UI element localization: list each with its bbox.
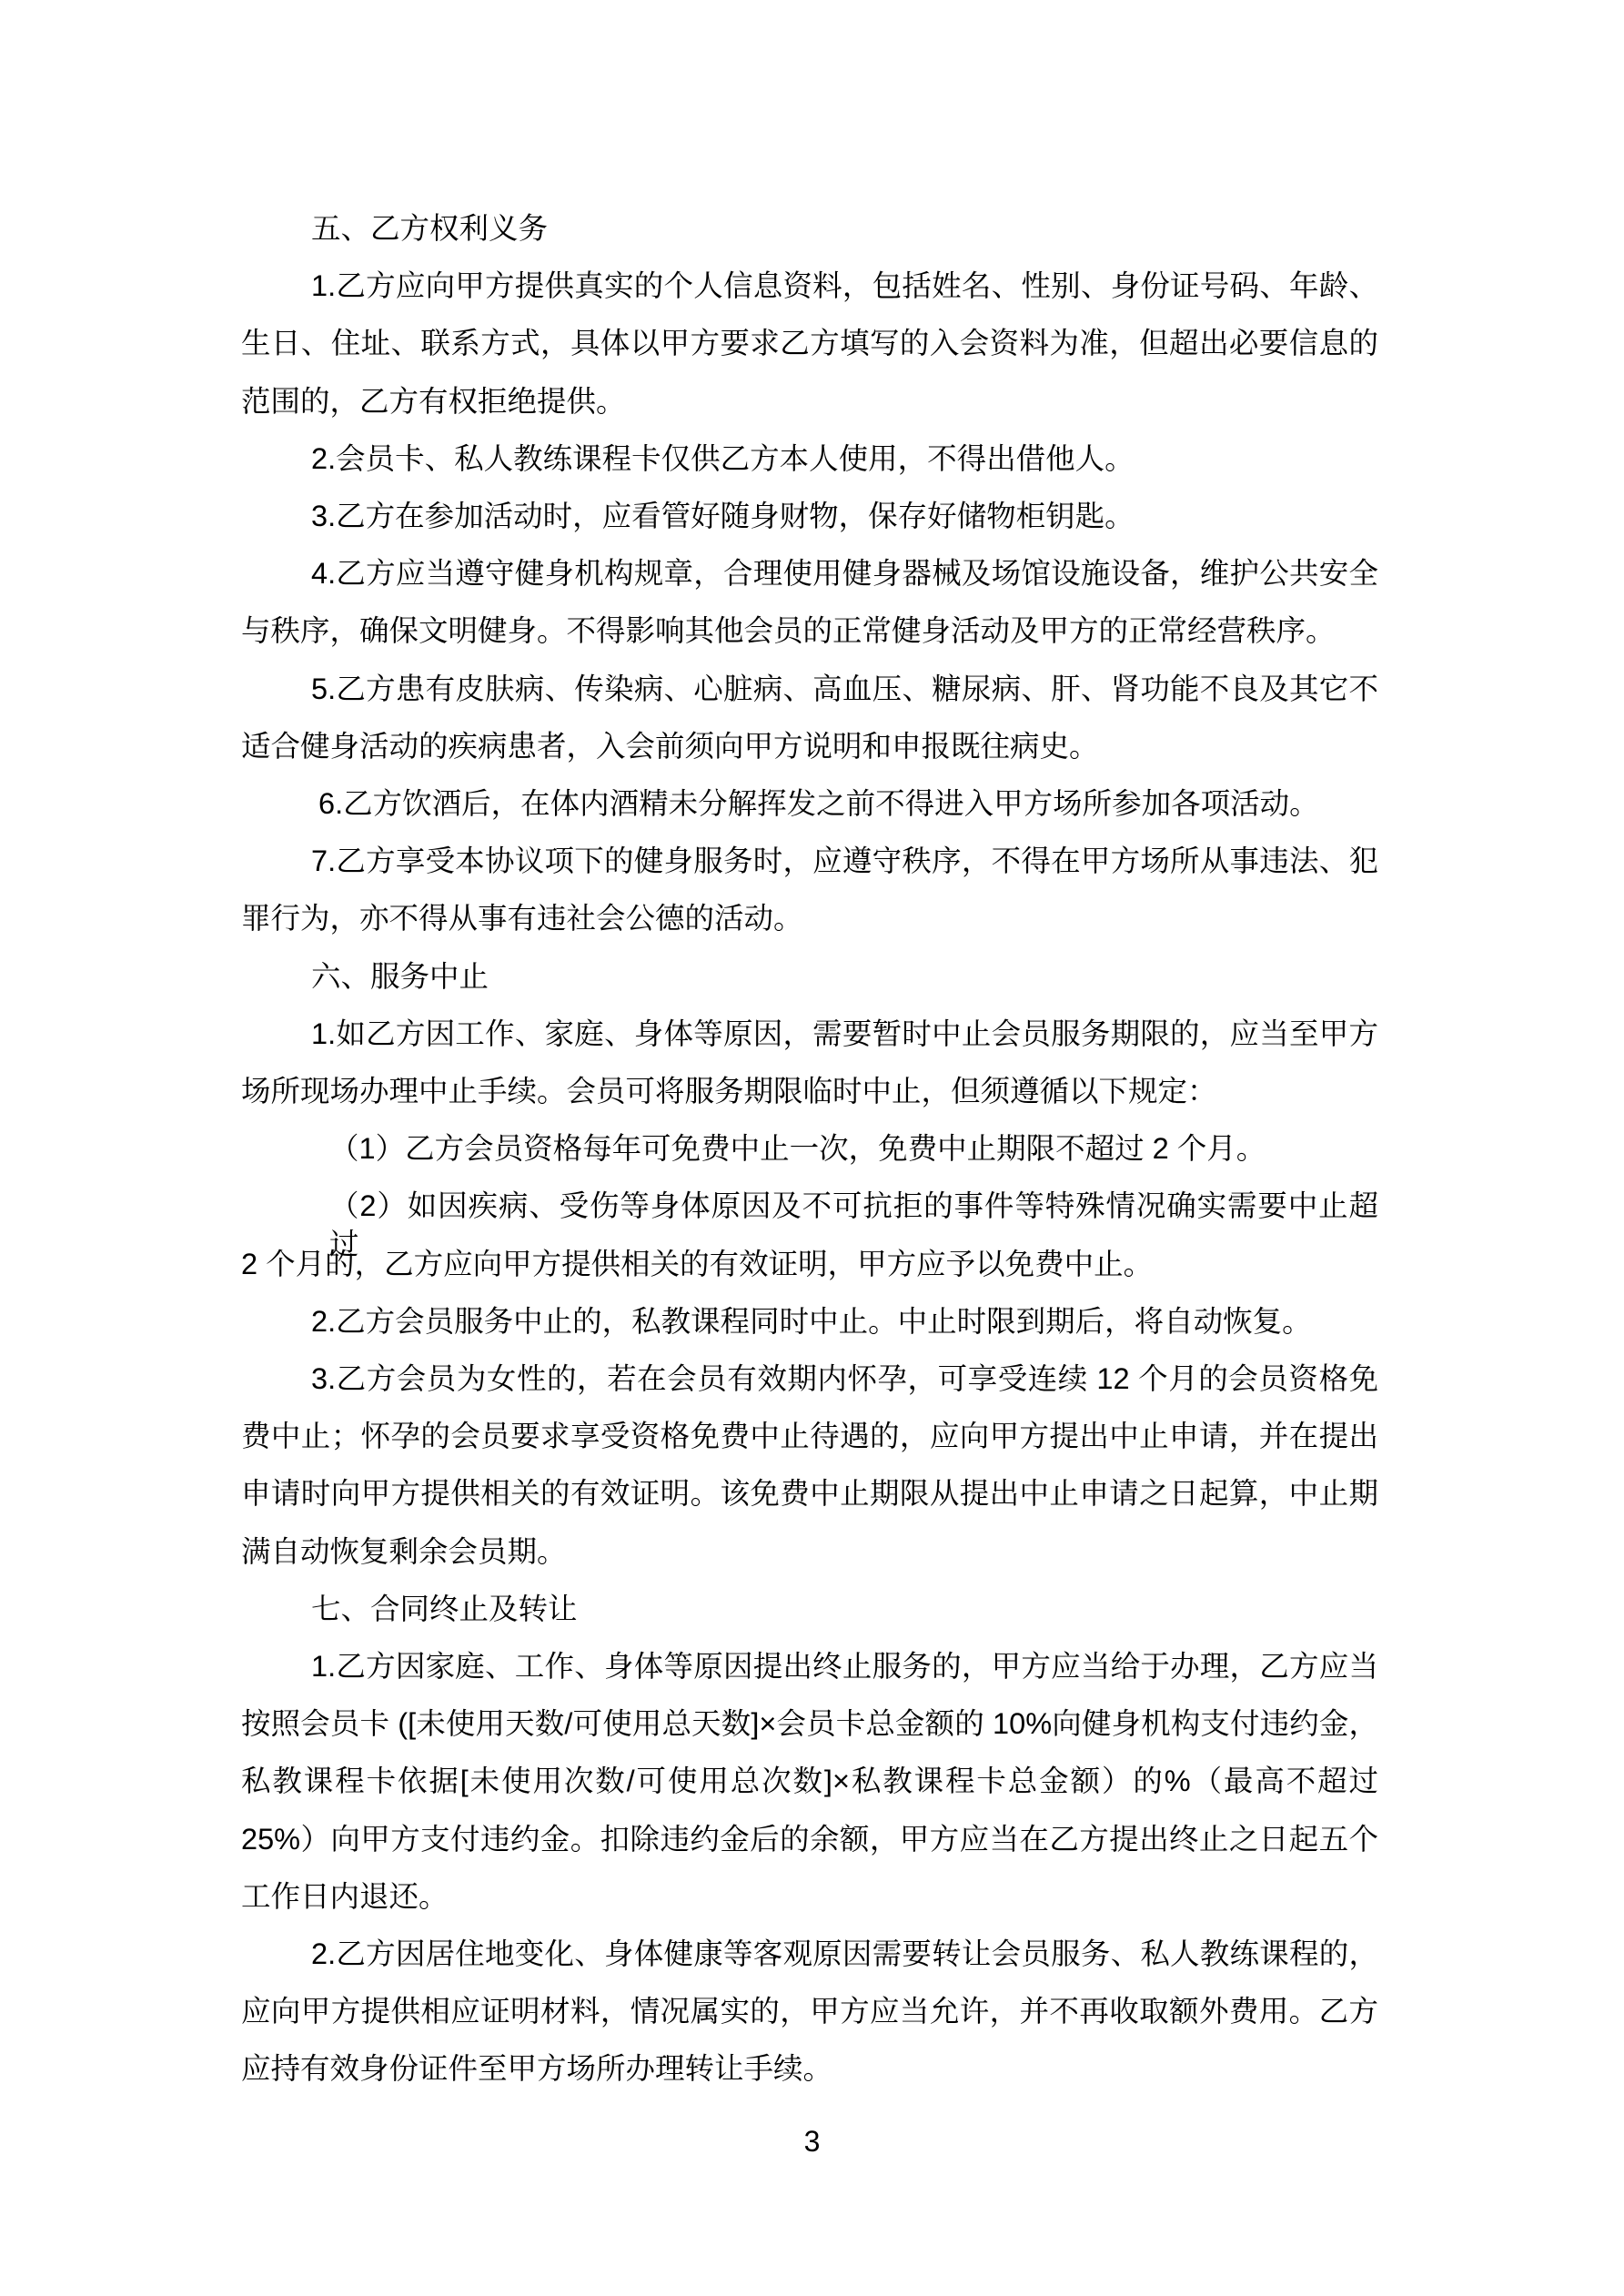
document-line: 3.乙方会员为女性的，若在会员有效期内怀孕，可享受连续 12 个月的会员资格免 bbox=[241, 1360, 1378, 1398]
document-line: 1.乙方应向甲方提供真实的个人信息资料，包括姓名、性别、身份证号码、年龄、 bbox=[241, 267, 1378, 305]
document-line: 7.乙方享受本协议项下的健身服务时，应遵守秩序，不得在甲方场所从事违法、犯 bbox=[241, 842, 1378, 880]
document-line: 私教课程卡依据[未使用次数/可使用总次数]×私教课程卡总金额）的%（最高不超过 bbox=[241, 1762, 1378, 1800]
document-line: 2.乙方会员服务中止的，私教课程同时中止。中止时限到期后，将自动恢复。 bbox=[241, 1302, 1378, 1340]
section-heading: 五、乙方权利义务 bbox=[241, 209, 1378, 248]
document-line: 申请时向甲方提供相关的有效证明。该免费中止期限从提出中止申请之日起算，中止期 bbox=[241, 1474, 1378, 1512]
page-number: 3 bbox=[0, 2125, 1624, 2158]
document-line: 应向甲方提供相应证明材料，情况属实的，甲方应当允许，并不再收取额外费用。乙方 bbox=[241, 1992, 1378, 2030]
document-line: 场所现场办理中止手续。会员可将服务期限临时中止，但须遵循以下规定： bbox=[241, 1072, 1378, 1110]
document-line: 满自动恢复剩余会员期。 bbox=[241, 1532, 1378, 1571]
document-line: 5.乙方患有皮肤病、传染病、心脏病、高血压、糖尿病、肝、肾功能不良及其它不 bbox=[241, 670, 1378, 708]
document-line: 费中止；怀孕的会员要求享受资格免费中止待遇的，应向甲方提出中止申请，并在提出 bbox=[241, 1417, 1378, 1455]
document-line: 工作日内退还。 bbox=[241, 1877, 1378, 1916]
document-line: 与秩序，确保文明健身。不得影响其他会员的正常健身活动及甲方的正常经营秩序。 bbox=[241, 612, 1378, 650]
section-heading: 六、服务中止 bbox=[241, 957, 1378, 996]
document-line: 1.乙方因家庭、工作、身体等原因提出终止服务的，甲方应当给于办理，乙方应当 bbox=[241, 1647, 1378, 1685]
document-line: （1）乙方会员资格每年可免费中止一次，免费中止期限不超过 2 个月。 bbox=[241, 1129, 1378, 1168]
contract-document-page: 五、乙方权利义务1.乙方应向甲方提供真实的个人信息资料，包括姓名、性别、身份证号… bbox=[0, 0, 1624, 2296]
document-line: 生日、住址、联系方式，具体以甲方要求乙方填写的入会资料为准，但超出必要信息的 bbox=[241, 324, 1378, 362]
document-line: 应持有效身份证件至甲方场所办理转让手续。 bbox=[241, 2049, 1378, 2088]
document-line: 3.乙方在参加活动时，应看管好随身财物，保存好储物柜钥匙。 bbox=[241, 497, 1378, 535]
document-line: 1.如乙方因工作、家庭、身体等原因，需要暂时中止会员服务期限的，应当至甲方 bbox=[241, 1015, 1378, 1053]
document-line: 2.会员卡、私人教练课程卡仅供乙方本人使用，不得出借他人。 bbox=[241, 440, 1378, 478]
document-line: 25%）向甲方支付违约金。扣除违约金后的余额，甲方应当在乙方提出终止之日起五个 bbox=[241, 1820, 1378, 1858]
document-line: 按照会员卡 ([未使用天数/可使用总天数]×会员卡总金额的 10%向健身机构支付… bbox=[241, 1704, 1378, 1743]
section-heading: 七、合同终止及转让 bbox=[241, 1590, 1378, 1628]
document-line: 适合健身活动的疾病患者，入会前须向甲方说明和申报既往病史。 bbox=[241, 727, 1378, 765]
document-line: 6.乙方饮酒后，在体内酒精未分解挥发之前不得进入甲方场所参加各项活动。 bbox=[241, 784, 1378, 823]
document-line: 2.乙方因居住地变化、身体健康等客观原因需要转让会员服务、私人教练课程的， bbox=[241, 1935, 1378, 1973]
document-line: 2 个月的，乙方应向甲方提供相关的有效证明，甲方应予以免费中止。 bbox=[241, 1245, 1378, 1283]
document-line: 范围的，乙方有权拒绝提供。 bbox=[241, 382, 1378, 420]
document-line: 4.乙方应当遵守健身机构规章，合理使用健身器械及场馆设施设备，维护公共安全 bbox=[241, 554, 1378, 592]
document-line: 罪行为，亦不得从事有违社会公德的活动。 bbox=[241, 899, 1378, 937]
